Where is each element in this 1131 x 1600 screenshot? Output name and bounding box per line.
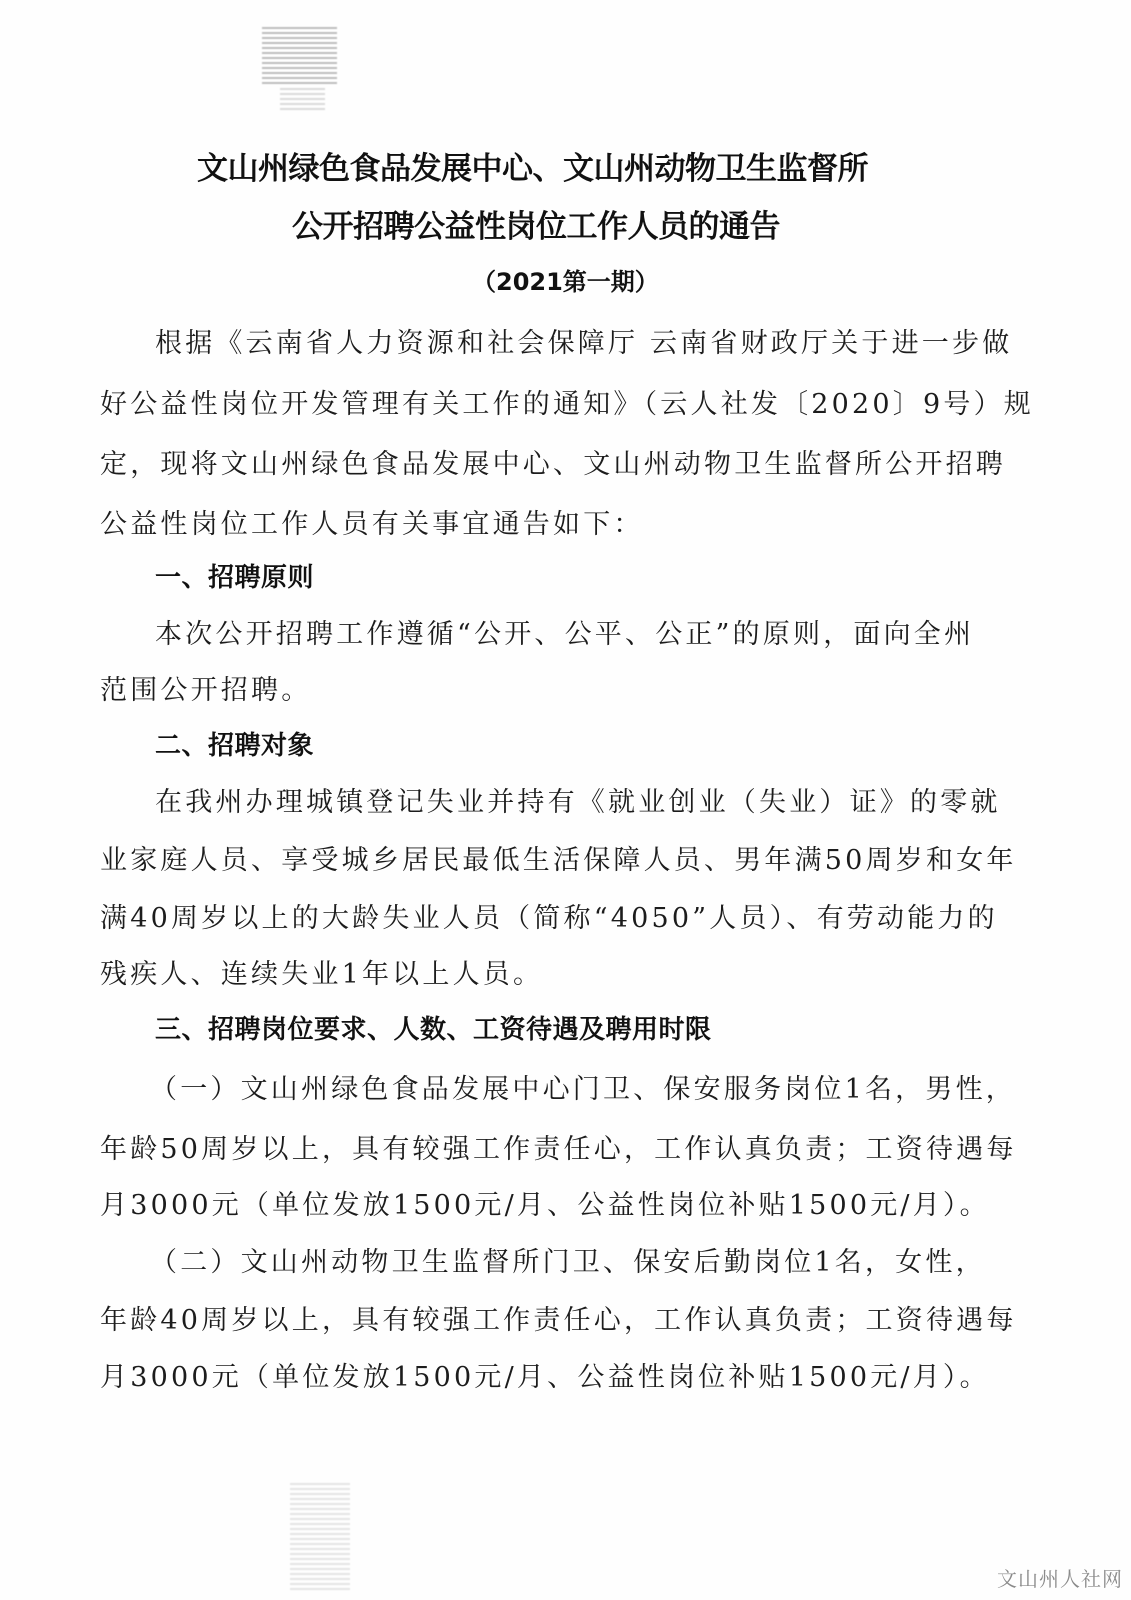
scanned-page: 文山州绿色食品发展中心、文山州动物卫生监督所 公开招聘公益性岗位工作人员的通告 …: [0, 0, 1131, 1600]
intro-line: 定，现将文山州绿色食品发展中心、文山州动物卫生监督所公开招聘: [100, 451, 1006, 478]
section-heading: 二、招聘对象: [155, 733, 314, 759]
section-line: 业家庭人员、享受城乡居民最低生活保障人员、男年满50周岁和女年: [100, 847, 1017, 874]
document-title-line1: 文山州绿色食品发展中心、文山州动物卫生监督所: [197, 154, 868, 185]
section-line: 满40周岁以上的大龄失业人员（简称“4050”人员）、有劳动能力的: [100, 905, 998, 932]
intro-line: 公益性岗位工作人员有关事宜通告如下：: [100, 511, 644, 538]
section-line: 在我州办理城镇登记失业并持有《就业创业（失业）证》的零就: [155, 789, 1001, 816]
section-line: 年龄40周岁以上，具有较强工作责任心，工作认真负责；工资待遇每: [100, 1307, 1017, 1334]
section-line: 残疾人、连续失业1年以上人员。: [100, 961, 543, 988]
intro-line: 好公益性岗位开发管理有关工作的通知》（云人社发〔2020〕9号）规: [100, 391, 1034, 418]
site-watermark: 文山州人社网: [997, 1563, 1123, 1592]
section-line: 月3000元（单位发放1500元/月、公益性岗位补贴1500元/月）。: [100, 1364, 990, 1391]
section-line: 年龄50周岁以上，具有较强工作责任心，工作认真负责；工资待遇每: [100, 1136, 1017, 1163]
document-subtitle: （2021第一期）: [472, 270, 659, 294]
scan-artifact: [262, 26, 337, 84]
scan-artifact: [290, 1480, 350, 1590]
section-heading: 三、招聘岗位要求、人数、工资待遇及聘用时限: [155, 1017, 712, 1043]
section-line: 本次公开招聘工作遵循“公开、公平、公正”的原则，面向全州: [155, 621, 974, 648]
document-title-line2: 公开招聘公益性岗位工作人员的通告: [292, 212, 780, 243]
section-line: （二）文山州动物卫生监督所门卫、保安后勤岗位1名，女性，: [150, 1249, 986, 1276]
section-line: 月3000元（单位发放1500元/月、公益性岗位补贴1500元/月）。: [100, 1192, 990, 1219]
section-heading: 一、招聘原则: [155, 565, 314, 591]
intro-line: 根据《云南省人力资源和社会保障厅 云南省财政厅关于进一步做: [155, 330, 1012, 357]
scan-artifact: [280, 88, 325, 110]
section-line: （一）文山州绿色食品发展中心门卫、保安服务岗位1名，男性，: [150, 1076, 1016, 1103]
section-line: 范围公开招聘。: [100, 677, 311, 704]
